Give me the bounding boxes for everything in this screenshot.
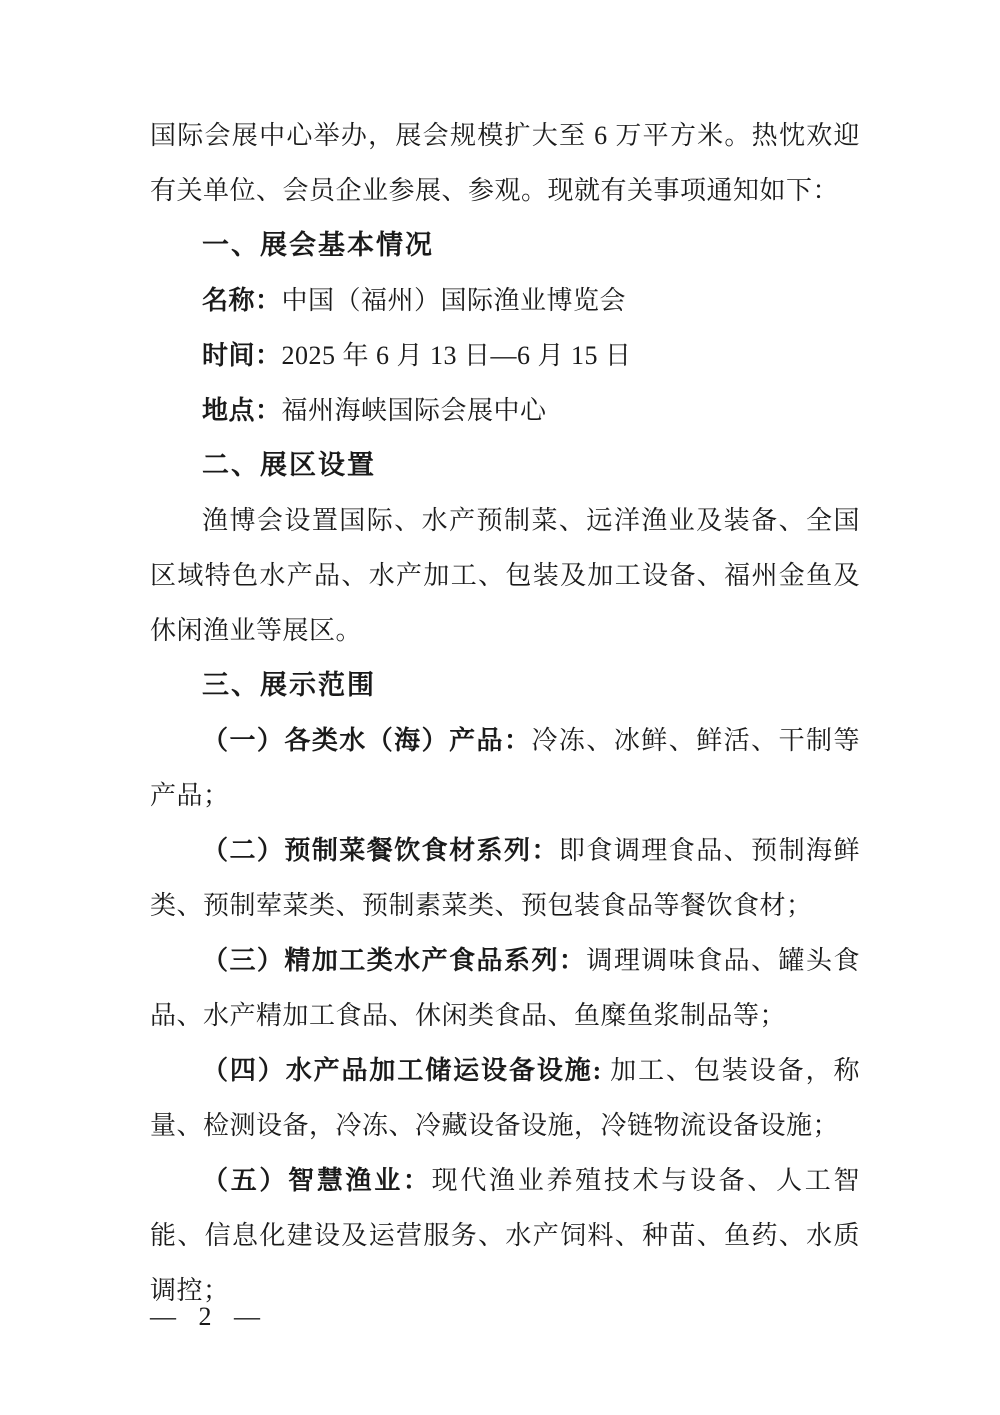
scope-item-5: （五）智慧渔业：现代渔业养殖技术与设备、人工智能、信息化建设及运营服务、水产饲料…	[150, 1153, 860, 1318]
scope-item-4: （四）水产品加工储运设备设施: 加工、包装设备，称量、检测设备，冷冻、冷藏设备设…	[150, 1043, 860, 1153]
scope-item-2-label: （二）预制菜餐饮食材系列：	[202, 836, 559, 865]
section-heading-exhibition-basic-info: 一、展会基本情况	[150, 218, 860, 273]
section-heading-exhibition-zones: 二、展区设置	[150, 438, 860, 493]
page-number: — 2 —	[150, 1302, 268, 1332]
field-exhibition-place: 地点：福州海峡国际会展中心	[150, 383, 860, 438]
scope-item-4-label: （四）水产品加工储运设备设施:	[202, 1056, 602, 1085]
scope-item-3: （三）精加工类水产食品系列：调理调味食品、罐头食品、水产精加工食品、休闲类食品、…	[150, 933, 860, 1043]
field-exhibition-time: 时间：2025 年 6 月 13 日—6 月 15 日	[150, 328, 860, 383]
scope-item-5-label: （五）智慧渔业：	[202, 1166, 432, 1195]
exhibition-zones-paragraph: 渔博会设置国际、水产预制菜、远洋渔业及装备、全国区域特色水产品、水产加工、包装及…	[150, 493, 860, 658]
scope-item-3-label: （三）精加工类水产食品系列：	[202, 946, 586, 975]
field-value-place: 福州海峡国际会展中心	[282, 396, 547, 425]
field-label-place: 地点：	[202, 396, 282, 425]
field-label-time: 时间：	[202, 341, 282, 370]
field-exhibition-name: 名称：中国（福州）国际渔业博览会	[150, 273, 860, 328]
section-heading-display-scope: 三、展示范围	[150, 658, 860, 713]
document-page: 国际会展中心举办，展会规模扩大至 6 万平方米。热忱欢迎有关单位、会员企业参展、…	[0, 0, 1000, 1415]
scope-item-1: （一）各类水（海）产品：冷冻、冰鲜、鲜活、干制等产品；	[150, 713, 860, 823]
field-label-name: 名称：	[202, 286, 282, 315]
scope-item-1-label: （一）各类水（海）产品：	[202, 726, 531, 755]
field-value-name: 中国（福州）国际渔业博览会	[282, 286, 627, 315]
scope-item-2: （二）预制菜餐饮食材系列：即食调理食品、预制海鲜类、预制荤菜类、预制素菜类、预包…	[150, 823, 860, 933]
intro-paragraph: 国际会展中心举办，展会规模扩大至 6 万平方米。热忱欢迎有关单位、会员企业参展、…	[150, 108, 860, 218]
field-value-time: 2025 年 6 月 13 日—6 月 15 日	[282, 341, 632, 370]
